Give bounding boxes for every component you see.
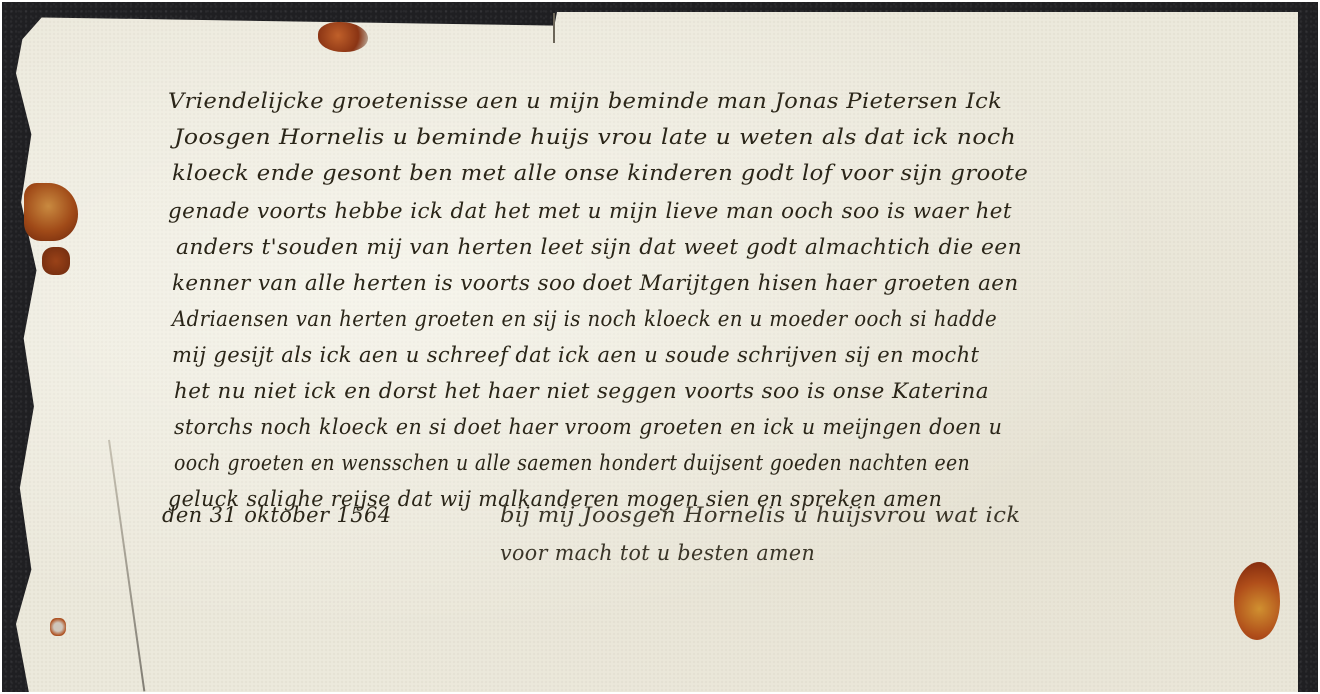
wax-seal-top	[318, 22, 368, 52]
letter-line: Adriaensen van herten groeten en sij is …	[172, 302, 997, 336]
letter-line: kenner van alle herten is voorts soo doe…	[172, 266, 1019, 300]
letter-line: ooch groeten en wensschen u alle saemen …	[174, 446, 970, 480]
wax-seal-right	[1234, 562, 1280, 640]
letter-line: Vriendelijcke groetenisse aen u mijn bem…	[168, 84, 1002, 118]
letter-line: Joosgen Hornelis u beminde huijs vrou la…	[174, 120, 1016, 154]
wax-seal-fragment	[50, 618, 66, 636]
signature-line: voor mach tot u besten amen	[500, 536, 815, 570]
paper-tear	[553, 13, 555, 43]
letter-line: mij gesijt als ick aen u schreef dat ick…	[172, 338, 979, 372]
letter-line: genade voorts hebbe ick dat het met u mi…	[168, 194, 1012, 228]
letter-line: storchs noch kloeck en si doet haer vroo…	[174, 410, 1002, 444]
letter-line: kloeck ende gesont ben met alle onse kin…	[172, 156, 1028, 190]
wax-seal-left	[22, 183, 78, 277]
signature-line: bij mij Joosgen Hornelis u huijsvrou wat…	[500, 498, 1021, 532]
letter-date: den 31 oktober 1564	[162, 498, 392, 532]
letter-line: anders t'souden mij van herten leet sijn…	[176, 230, 1022, 264]
letter-line: het nu niet ick en dorst het haer niet s…	[174, 374, 989, 408]
